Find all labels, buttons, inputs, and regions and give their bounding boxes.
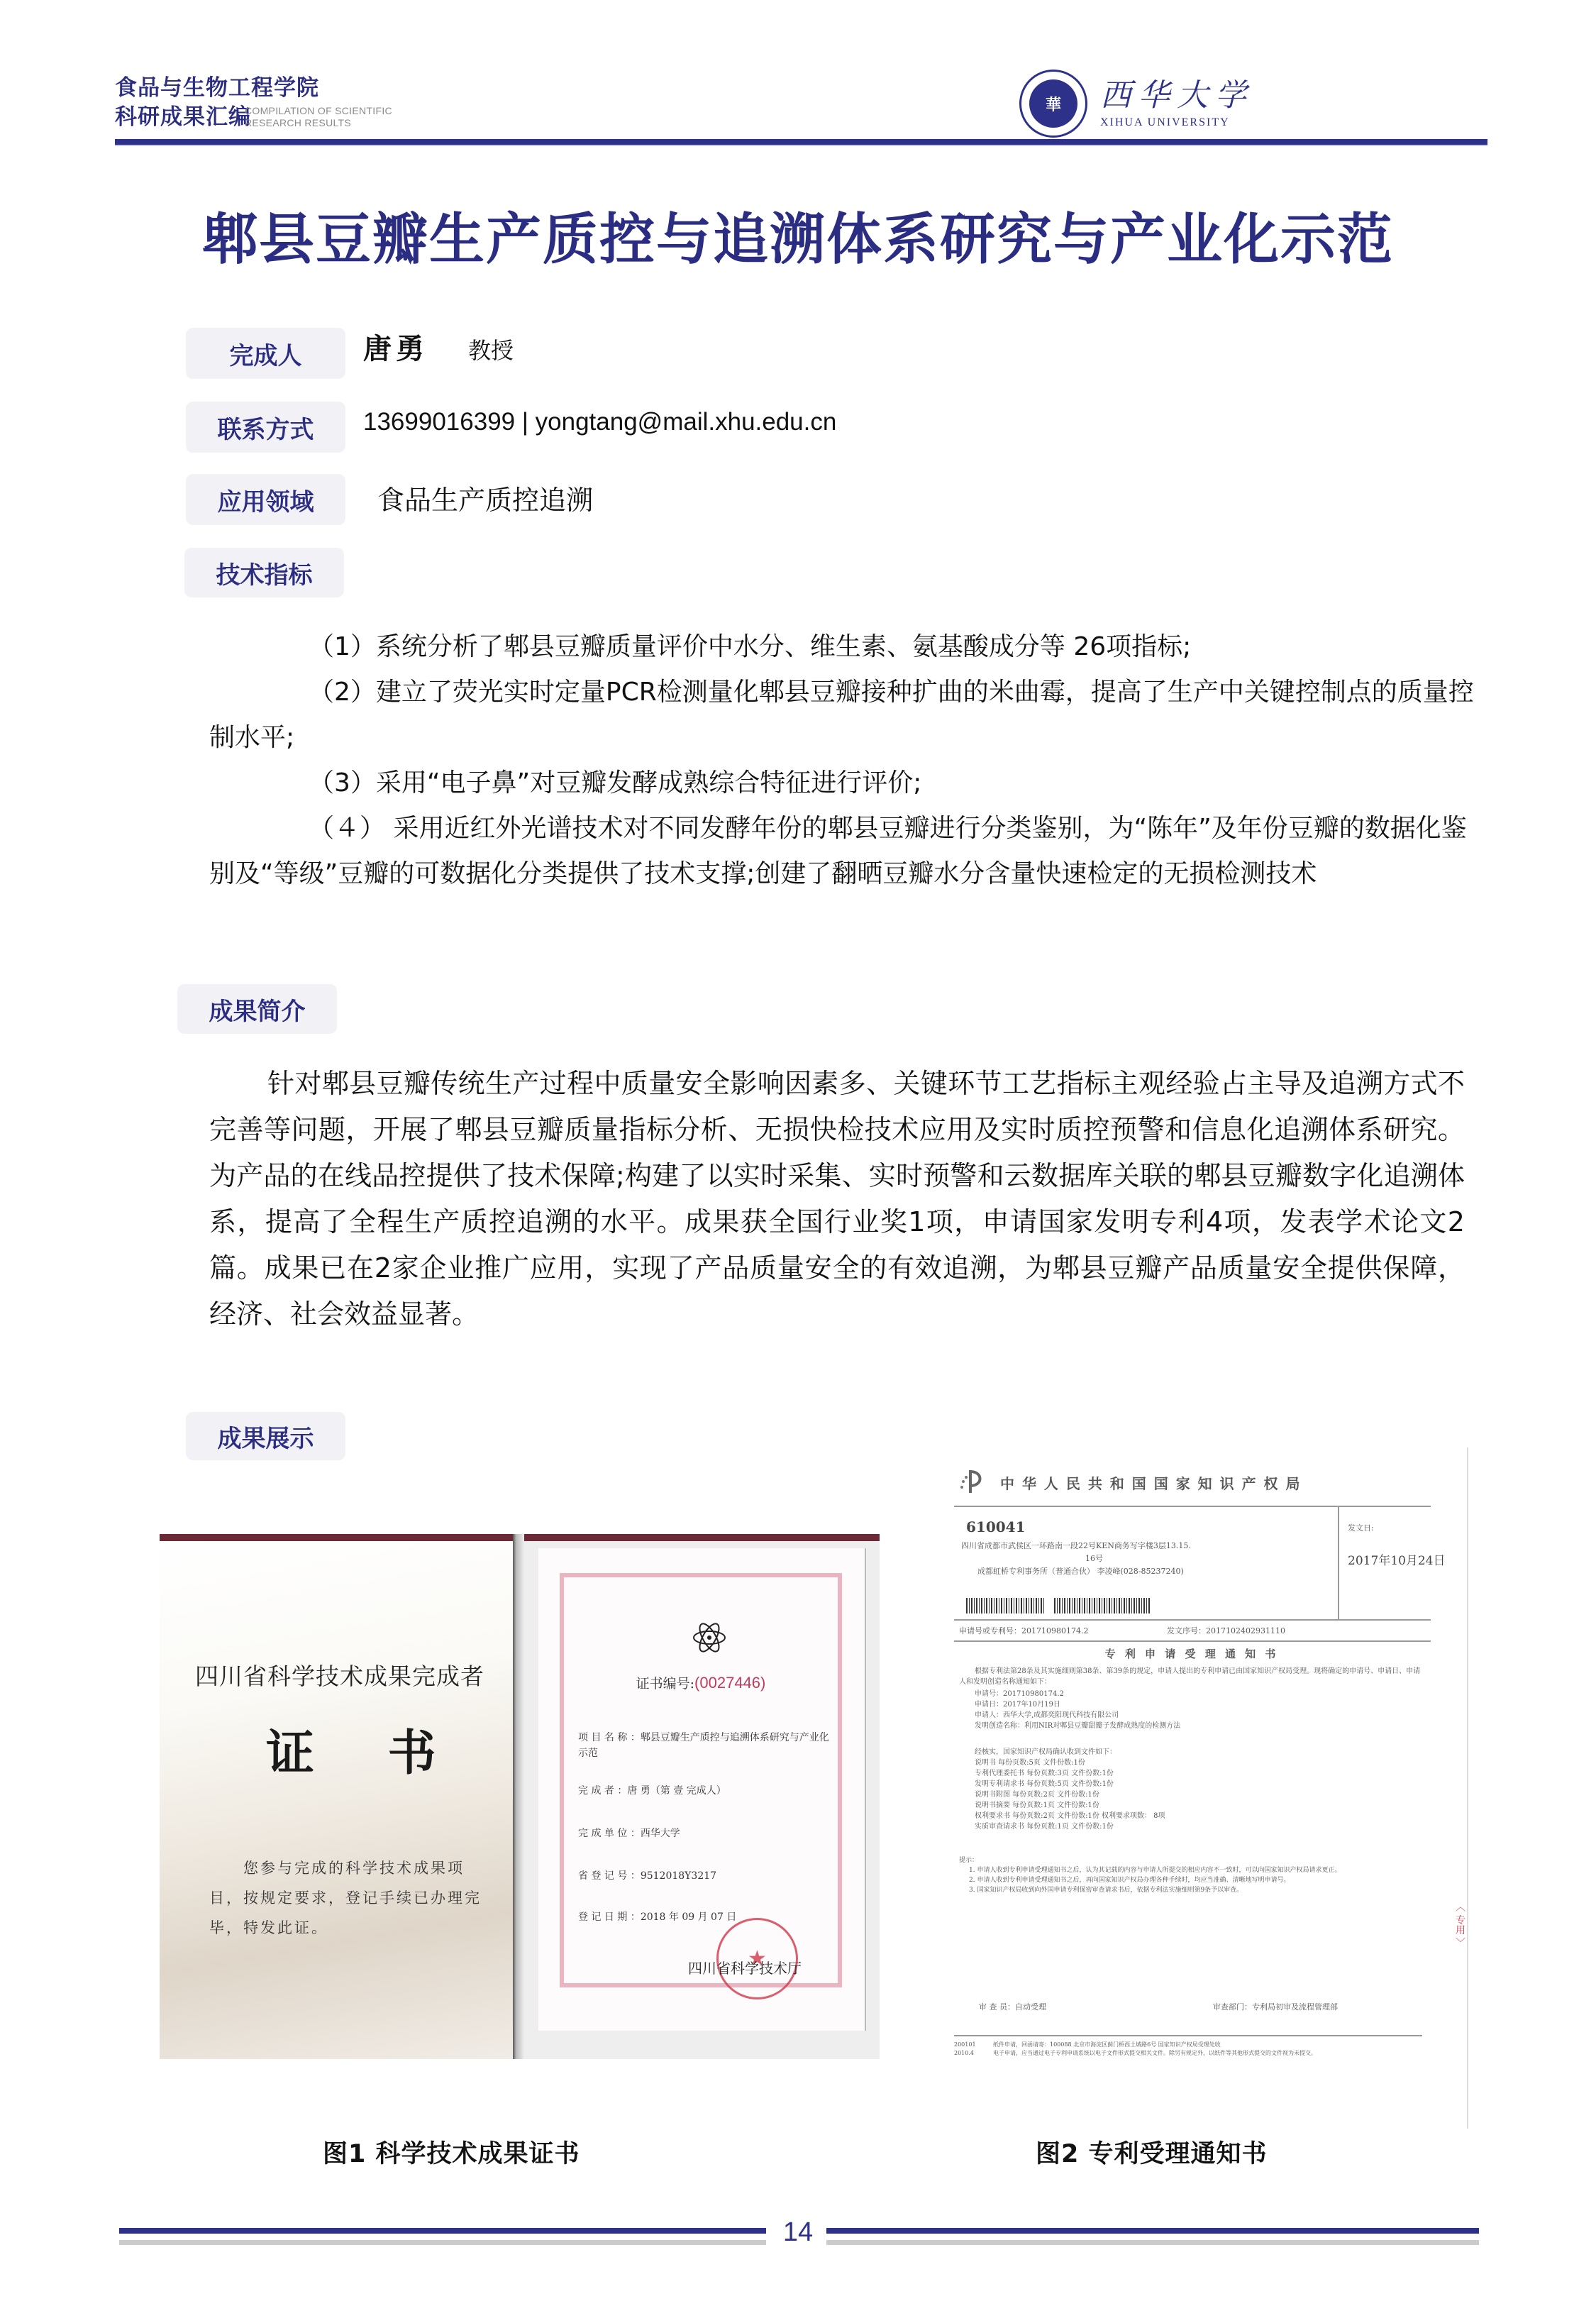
university-logo: 華 西华大学 XIHUA UNIVERSITY <box>1019 70 1253 138</box>
cert-no-label: 证书编号: <box>636 1676 694 1692</box>
patent-address-2: 16号 <box>1085 1552 1103 1564</box>
certificate-paper: 证书编号:(0027446) 项 目 名 称 ：郫县豆瓣生产质控与追溯体系研究与… <box>538 1548 866 2031</box>
app-no: 申请号或专利号：201710980174.2 <box>959 1625 1088 1636</box>
university-name-cn: 西华大学 <box>1100 78 1253 114</box>
cnipa-logo-icon <box>959 1469 987 1494</box>
patent-address-3: 成都虹桥专利事务所（普通合伙） 李凌峰(028-85237240) <box>977 1565 1184 1577</box>
series-name: 科研成果汇编 <box>115 104 251 131</box>
atom-emblem-icon <box>692 1620 727 1655</box>
patent-docs-intro: 经核实，国家知识产权局确认收到文件如下： <box>975 1747 1165 1758</box>
patent-rule <box>954 2035 1422 2036</box>
completer-label: 完 成 者 ： <box>578 1785 627 1797</box>
issue-date: 2017年10月24日 <box>1348 1550 1446 1568</box>
completer-title: 教授 <box>468 335 514 366</box>
tech-indicator-item: （1）系统分析了郫县豆瓣质量评价中水分、维生素、氨基酸成分等 26项指标; <box>209 624 1486 670</box>
series-english-line1: COMPILATION OF SCIENTIFIC <box>245 105 392 117</box>
patent-notes: 提示： 1. 申请人收到专利申请受理通知书之后，认为其记载的内容与申请人所提交的… <box>959 1855 1427 1895</box>
label-showcase: 成果展示 <box>186 1412 345 1460</box>
field-value: 食品生产质控追溯 <box>377 485 593 516</box>
certificate-fold <box>513 1534 524 2059</box>
series-english: COMPILATION OF SCIENTIFIC RESEARCH RESUL… <box>245 105 392 129</box>
header-divider <box>115 139 1487 146</box>
patent-department: 审查部门：专利局初审及流程管理部 <box>1213 2001 1338 2012</box>
patent-footer-codes: 200101 2010.4 <box>954 2041 976 2058</box>
reg-label: 省 登 记 号 ： <box>578 1870 641 1882</box>
cover-heading: 四川省科学技术成果完成者 <box>195 1658 484 1692</box>
patent-note: 1. 申请人收到专利申请受理通知书之后，认为其记载的内容与申请人所提交的相应内容… <box>959 1865 1427 1875</box>
patent-agency: 中 华 人 民 共 和 国 国 家 知 识 产 权 局 <box>1000 1472 1302 1493</box>
date-value: 2018 年 09 月 07 日 <box>641 1911 737 1923</box>
red-stamp-edge-icon: 〈 专用 〉 <box>1446 1902 1467 1965</box>
summary-text: 针对郫县豆瓣传统生产过程中质量安全影响因素多、关键环节工艺指标主观经验占主导及追… <box>209 1061 1465 1337</box>
patent-fields: 申请号：201710980174.2 申请日：2017年10月19日 申请人：西… <box>975 1689 1180 1731</box>
inner-top-bar <box>524 1534 880 1541</box>
patent-doc-title: 专 利 申 请 受 理 通 知 书 <box>915 1646 1468 1661</box>
patent-doc-item: 说明书摘要 每份页数:1页 文件份数:1份 <box>975 1800 1165 1811</box>
figure-certificate: 四川省科学技术成果完成者 证 书 您参与完成的科学技术成果项目，按规定要求，登记… <box>160 1534 880 2059</box>
patent-field: 申请日：2017年10月19日 <box>975 1699 1180 1710</box>
page-number: 14 <box>780 2217 816 2248</box>
label-tech-indicators: 技术指标 <box>184 548 344 597</box>
unit-label: 完 成 单 位 ： <box>578 1828 641 1839</box>
patent-doc-item: 说明书 每份页数:5页 文件份数:1份 <box>975 1758 1165 1768</box>
tech-indicator-item: （2）建立了荧光实时定量PCR检测量化郫县豆瓣接种扩曲的米曲霉，提高了生产中关键… <box>209 670 1486 761</box>
patent-examiner: 审 查 员：自动受理 <box>979 2001 1046 2012</box>
patent-notes-label: 提示： <box>959 1855 1427 1865</box>
label-field: 应用领域 <box>186 474 345 525</box>
patent-doc-item: 说明书附图 每份页数:2页 文件份数:1份 <box>975 1789 1165 1800</box>
cert-unit-row: 完 成 单 位 ：西华大学 <box>578 1826 680 1841</box>
cert-date-row: 登 记 日 期 ：2018 年 09 月 07 日 <box>578 1909 736 1925</box>
cover-message: 您参与完成的科学技术成果项目，按规定要求，登记手续已办理完毕，特发此证。 <box>209 1853 493 1943</box>
cert-no-value: (0027446) <box>694 1674 765 1692</box>
patent-doc-item: 权利要求书 每份页数:2页 文件份数:1份 权利要求项数： 8项 <box>975 1811 1165 1821</box>
cert-project-row: 项 目 名 称 ：郫县豆瓣生产质控与追溯体系研究与产业化示范 <box>578 1730 833 1761</box>
series-english-line2: RESEARCH RESULTS <box>245 117 392 129</box>
cert-reg-row: 省 登 记 号 ：9512018Y3217 <box>578 1868 716 1884</box>
issuer: 四川省科学技术厅 <box>688 1957 802 1977</box>
college-name: 食品与生物工程学院 <box>115 74 319 102</box>
patent-intro: 根据专利法第28条及其实施细则第38条、第39条的规定，申请人提出的专利申请已由… <box>959 1666 1427 1687</box>
patent-rule <box>954 1506 1431 1507</box>
patent-rule <box>954 1640 1431 1642</box>
certificate-cover: 四川省科学技术成果完成者 证 书 您参与完成的科学技术成果项目，按规定要求，登记… <box>160 1534 513 2059</box>
date-label: 登 记 日 期 ： <box>578 1911 641 1923</box>
patent-note: 3. 国家知识产权局收到向外国申请专利保密审查请求书后，依据专利法实施细则第9条… <box>959 1885 1427 1895</box>
patent-doc-item: 实质审查请求书 每份页数:1页 文件份数:1份 <box>975 1821 1165 1832</box>
cover-title: 证 书 <box>266 1715 465 1784</box>
project-label: 项 目 名 称 ： <box>578 1732 641 1743</box>
patent-postcode: 610041 <box>966 1518 1026 1535</box>
caption-figure-1: 图1 科学技术成果证书 <box>323 2134 580 2170</box>
university-name-en: XIHUA UNIVERSITY <box>1100 116 1253 129</box>
footer-line-right <box>826 2228 1479 2234</box>
certificate-frame: 证书编号:(0027446) 项 目 名 称 ：郫县豆瓣生产质控与追溯体系研究与… <box>560 1573 842 1987</box>
patent-doc-item: 专利代理委托书 每份页数:3页 文件份数:1份 <box>975 1768 1165 1779</box>
cover-top-bar <box>160 1534 513 1541</box>
label-contact: 联系方式 <box>186 402 345 453</box>
university-seal-icon: 華 <box>1019 70 1087 138</box>
completer-name: 唐勇 <box>363 333 428 365</box>
tech-indicator-item: （４） 采用近红外光谱技术对不同发酵年份的郫县豆瓣进行分类鉴别，为“陈年”及年份… <box>209 806 1486 897</box>
patent-rule <box>954 1619 1431 1621</box>
patent-docs: 经核实，国家知识产权局确认收到文件如下： 说明书 每份页数:5页 文件份数:1份… <box>975 1747 1165 1832</box>
patent-field: 申请人：西华大学,成都奕阳现代科技有限公司 <box>975 1710 1180 1721</box>
label-summary: 成果简介 <box>177 984 337 1034</box>
label-completer: 完成人 <box>186 328 345 379</box>
seal-glyph: 華 <box>1029 79 1077 128</box>
barcode-2 <box>1054 1598 1151 1613</box>
barcode-1 <box>966 1598 1046 1613</box>
patent-field: 申请号：201710980174.2 <box>975 1689 1180 1699</box>
cert-completer-row: 完 成 者 ：唐 勇（第 壹 完成人） <box>578 1783 726 1799</box>
caption-figure-2: 图2 专利受理通知书 <box>1036 2134 1268 2170</box>
patent-note: 2. 申请人收到专利申请受理通知书之后，再向国家知识产权局办理各种手续时，均应当… <box>959 1875 1427 1885</box>
patent-field: 发明创造名称：利用NIR对郫县豆瓣甜瓣子发酵成熟度的检测方法 <box>975 1721 1180 1731</box>
unit-value: 西华大学 <box>641 1828 680 1839</box>
page-title: 郫县豆瓣生产质控与追溯体系研究与产业化示范 <box>0 206 1596 274</box>
tech-indicator-item: （3）采用“电子鼻”对豆瓣发酵成熟综合特征进行评价; <box>209 761 1486 806</box>
patent-vrule <box>1338 1506 1339 1619</box>
footer-gray-left <box>119 2240 766 2245</box>
certificate-inner-page: 证书编号:(0027446) 项 目 名 称 ：郫县豆瓣生产质控与追溯体系研究与… <box>524 1534 880 2059</box>
issue-date-label: 发文日: <box>1348 1522 1374 1533</box>
tech-indicators-list: （1）系统分析了郫县豆瓣质量评价中水分、维生素、氨基酸成分等 26项指标; （2… <box>209 624 1486 897</box>
figure-patent-notice: 中 华 人 民 共 和 国 国 家 知 识 产 权 局 610041 四川省成都… <box>915 1447 1468 2129</box>
serial-no: 发文序号：2017102402931110 <box>1167 1625 1285 1636</box>
reg-value: 9512018Y3217 <box>641 1870 716 1882</box>
completer-value: 唐 勇（第 壹 完成人） <box>627 1785 726 1797</box>
footer-line-left <box>119 2228 766 2234</box>
footer-gray-right <box>826 2240 1479 2245</box>
certificate-number: 证书编号:(0027446) <box>564 1673 838 1692</box>
patent-address-1: 四川省成都市武侯区一环路南一段22号KEN商务写字楼3层13.15. <box>961 1540 1191 1551</box>
patent-footer-text: 纸件申请，回函请寄：100088 北京市海淀区蓟门桥西土城路6号 国家知识产权局… <box>993 2041 1419 2058</box>
patent-doc-item: 发明专利请求书 每份页数:5页 文件份数:1份 <box>975 1779 1165 1789</box>
contact-value[interactable]: 13699016399 | yongtang@mail.xhu.edu.cn <box>363 407 836 438</box>
